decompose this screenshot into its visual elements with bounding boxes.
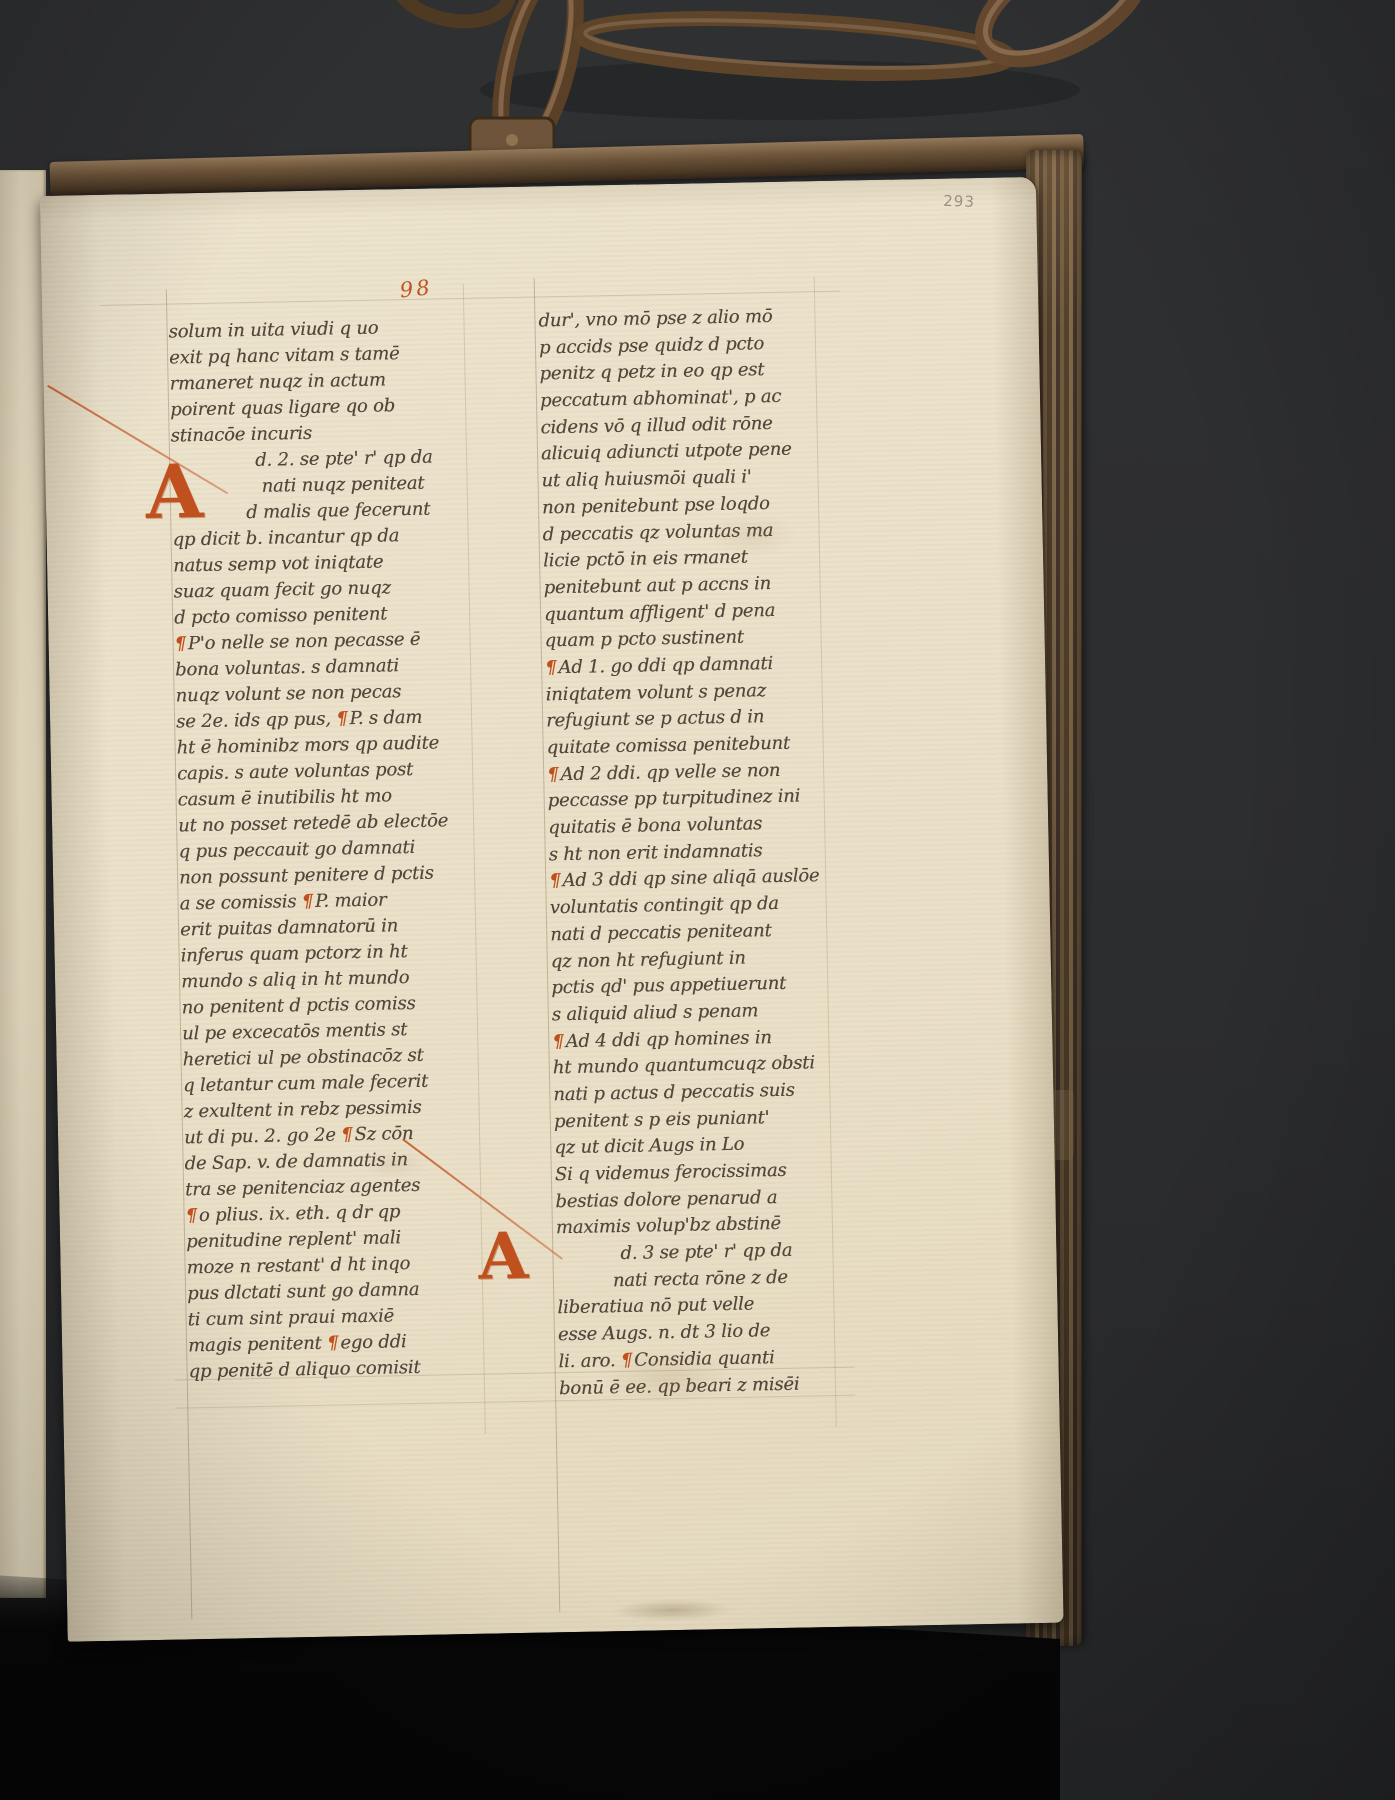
manuscript-line: pctis qd' pus appetiuerunt: [551, 970, 822, 1002]
pilcrow-mark: ¶: [549, 871, 563, 892]
rubric-initial-right: A: [478, 1225, 529, 1290]
text-column-left: solum in uita viudi q uoexit pq hanc vit…: [168, 314, 458, 1385]
manuscript-line: peccasse pp turpitudinez ini: [547, 784, 818, 816]
manuscript-page: 98 293 A A solum in uita viudi q uoexit …: [40, 177, 1064, 1642]
ruling-line-horizontal: [100, 291, 840, 306]
manuscript-line: dur', vno mō pse z alio mō: [538, 303, 809, 335]
pilcrow-mark: ¶: [547, 764, 561, 785]
pilcrow-mark: ¶: [336, 708, 350, 729]
pilcrow-mark: ¶: [327, 1332, 341, 1353]
pilcrow-mark: ¶: [185, 1205, 199, 1226]
manuscript-line: ¶Ad 3 ddi qp sine aliqā auslōe: [549, 864, 820, 896]
pilcrow-mark: ¶: [621, 1350, 635, 1371]
pilcrow-mark: ¶: [552, 1031, 566, 1052]
pilcrow-mark: ¶: [341, 1124, 355, 1145]
manuscript-line: ¶P'o nelle se non pecasse ē: [174, 626, 444, 657]
manuscript-line: no penitent d pctis comiss: [181, 990, 451, 1021]
manuscript-line: non possunt penitere d pctis: [179, 860, 449, 891]
text-column-right: dur', vno mō pse z alio mōp accids pse q…: [538, 303, 829, 1402]
page-number: 98: [399, 275, 434, 302]
pilcrow-mark: ¶: [174, 633, 188, 654]
photograph-backdrop: { "artifact": { "type": "chained medieva…: [0, 0, 1395, 1800]
clasp-rivet: [506, 134, 518, 146]
manuscript-line: pus dlctati sunt go damna: [187, 1276, 457, 1307]
manuscript-line: Si q videmus ferocissimas: [555, 1157, 826, 1189]
manuscript-line: nati p actus d peccatis suis: [553, 1077, 824, 1109]
pilcrow-mark: ¶: [545, 657, 559, 678]
manuscript-line: quantum affligent' d pena: [544, 597, 815, 629]
manuscript-line: exit pq hanc vitam s tamē: [169, 340, 439, 371]
manuscript-line: alicuiq adiuncti utpote pene: [541, 437, 812, 469]
chain-link-icon: [388, 0, 516, 31]
manuscript-line: d malis que fecerunt: [172, 496, 442, 527]
manuscript-line: d peccatis qz voluntas ma: [542, 517, 813, 549]
pilcrow-mark: ¶: [302, 891, 316, 912]
parchment-stain: [612, 1598, 732, 1622]
manuscript-line: qp penitē d aliquo comisit: [188, 1354, 458, 1385]
manuscript-line: tra se penitenciaz agentes: [185, 1172, 455, 1203]
foliation-number: 293: [943, 192, 975, 211]
manuscript-line: bonū ē ee. qp beari z misēi: [559, 1371, 830, 1403]
manuscript-line: z exultent in rebz pessimis: [183, 1094, 453, 1125]
facing-leaf-edge: [0, 170, 46, 1598]
manuscript-line: capis. s aute voluntas post: [177, 756, 447, 787]
